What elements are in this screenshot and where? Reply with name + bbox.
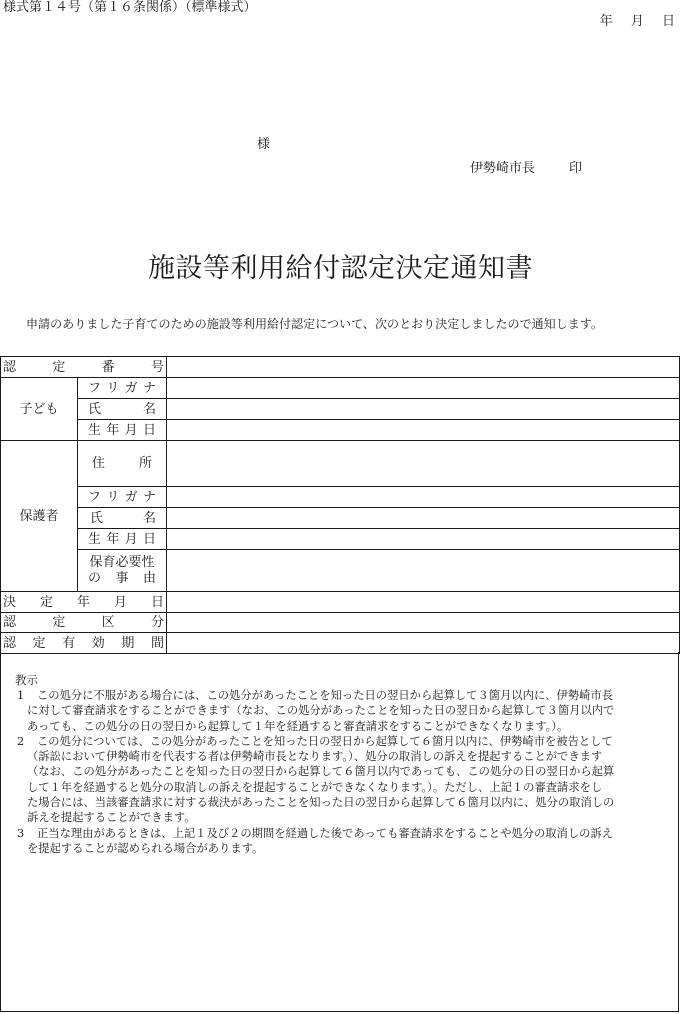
document-title: 施設等利用給付認定決定通知書	[0, 252, 681, 286]
label-char: フ	[88, 381, 101, 396]
label-char: 由	[143, 571, 156, 587]
label-char: 号	[151, 360, 164, 375]
notice-item-3: 3 正当な理由があるときは、上記１及び２の期間を経過した後であっても審査請求をす…	[17, 826, 667, 857]
label-char: 生	[88, 423, 101, 438]
addressee-suffix: 様	[257, 137, 270, 153]
date-line: 年 月 日	[586, 14, 675, 30]
label-char: 認	[3, 360, 16, 375]
label-char: 月	[114, 595, 127, 610]
label-char: 定	[33, 636, 46, 651]
label-char: 年	[106, 532, 119, 547]
row-certification-number: 認 定 番 号	[1, 357, 680, 378]
notice-line: に対して審査請求をすることができます（なお、この処分があったことを知った日の翌日…	[27, 703, 667, 718]
label-char: 定	[52, 360, 65, 375]
label-char: 定	[52, 615, 65, 630]
label-char: 生	[88, 532, 101, 547]
label-child-birthdate: 生 年 月 日	[78, 420, 167, 441]
label-char: 事	[115, 571, 128, 587]
row-guardian-furigana: フ リ ガ ナ	[1, 487, 680, 508]
row-certification-category: 認 定 区 分	[1, 613, 680, 633]
value-guardian-birthdate[interactable]	[167, 529, 680, 550]
label-char: 氏	[90, 511, 103, 526]
value-certification-validity[interactable]	[167, 633, 680, 654]
issuer-block: 伊勢崎市長印	[470, 161, 582, 177]
notice-line: あっても、この処分の日の翌日から起算して１年を経過すると審査請求をすることができ…	[27, 719, 667, 734]
row-child-name: 氏 名	[1, 399, 680, 420]
label-char: 番	[102, 360, 115, 375]
notice-line: た場合には、当該審査請求に対する裁決があったことを知った日の翌日から起算して６箇…	[27, 795, 667, 810]
label-char: リ	[106, 490, 119, 505]
notice-line: を提起することが認められる場合があります。	[27, 841, 667, 856]
group-child: 子ども	[1, 378, 78, 441]
label-line1: 保育必要性	[86, 555, 158, 571]
row-guardian-birthdate: 生 年 月 日	[1, 529, 680, 550]
value-decision-date[interactable]	[167, 592, 680, 613]
issuer-name: 伊勢崎市長	[470, 161, 535, 176]
label-char: 月	[125, 423, 138, 438]
label-char: リ	[106, 381, 119, 396]
notice-line: （訴訟において伊勢崎市を代表する者は伊勢崎市長となります。）、処分の取消しの訴え…	[27, 749, 667, 764]
label-char: 区	[102, 615, 115, 630]
value-child-name[interactable]	[167, 399, 680, 420]
label-char: 間	[151, 636, 164, 651]
label-char: 日	[143, 423, 156, 438]
notice-list: 1 この処分に不服がある場合には、この処分があったことを知った日の翌日から起算し…	[17, 688, 667, 856]
notice-title: 教示	[15, 673, 38, 688]
notice-line: して１年を経過すると処分の取消しの訴えを提起することができなくなります。）。ただ…	[27, 780, 667, 795]
notice-item-text: この処分に不服がある場合には、この処分があったことを知った日の翌日から起算して３…	[27, 688, 667, 734]
label-char: 名	[143, 402, 156, 417]
label-char: 月	[125, 532, 138, 547]
label-char: 住	[92, 456, 105, 471]
row-guardian-name: 氏 名	[1, 508, 680, 529]
notice-line: この処分については、この処分があったことを知った日の翌日から起算して６箇月以内に…	[27, 734, 667, 749]
notice-item-2: 2 この処分については、この処分があったことを知った日の翌日から起算して６箇月以…	[17, 734, 667, 826]
label-char: 認	[3, 615, 16, 630]
label-char: ナ	[143, 490, 156, 505]
value-child-furigana[interactable]	[167, 378, 680, 399]
label-char: フ	[88, 490, 101, 505]
label-childcare-reason: 保育必要性 の 事 由	[78, 550, 167, 592]
date-day-label: 日	[662, 14, 675, 30]
value-guardian-name[interactable]	[167, 508, 680, 529]
label-char: 効	[92, 636, 105, 651]
notice-line: この処分に不服がある場合には、この処分があったことを知った日の翌日から起算して３…	[27, 688, 667, 703]
row-guardian-childcare-reason: 保育必要性 の 事 由	[1, 550, 680, 592]
value-certification-number[interactable]	[167, 357, 680, 378]
label-char: 日	[151, 595, 164, 610]
label-char: ガ	[125, 490, 138, 505]
row-decision-date: 決 定 年 月 日	[1, 592, 680, 613]
seal-mark: 印	[569, 161, 582, 176]
value-childcare-reason[interactable]	[167, 550, 680, 592]
label-char: ガ	[125, 381, 138, 396]
label-guardian-furigana: フ リ ガ ナ	[78, 487, 167, 508]
date-year-label: 年	[600, 14, 613, 30]
value-child-birthdate[interactable]	[167, 420, 680, 441]
label-guardian-address: 住 所	[78, 441, 167, 487]
group-guardian: 保護者	[1, 441, 78, 592]
value-certification-category[interactable]	[167, 613, 680, 633]
label-char: 期	[121, 636, 134, 651]
label-char: 氏	[88, 402, 101, 417]
notice-item-1: 1 この処分に不服がある場合には、この処分があったことを知った日の翌日から起算し…	[17, 688, 667, 734]
notice-item-text: 正当な理由があるときは、上記１及び２の期間を経過した後であっても審査請求をするこ…	[27, 826, 667, 857]
appeal-notice-box: 教示 1 この処分に不服がある場合には、この処分があったことを知った日の翌日から…	[0, 652, 679, 1012]
label-char: 所	[139, 456, 152, 471]
label-certification-validity: 認 定 有 効 期 間	[1, 633, 167, 654]
label-char: ナ	[143, 381, 156, 396]
row-guardian-address: 保護者 住 所	[1, 441, 680, 487]
label-char: の	[88, 571, 101, 587]
label-char: 定	[40, 595, 53, 610]
form-number: 様式第１４号（第１６条関係）（標準様式）	[3, 0, 257, 16]
label-certification-number: 認 定 番 号	[1, 357, 167, 378]
notice-line: （なお、この処分があったことを知った日の翌日から起算して６箇月以内であっても、こ…	[27, 764, 667, 779]
label-certification-category: 認 定 区 分	[1, 613, 167, 633]
label-char: 日	[143, 532, 156, 547]
label-char: 年	[77, 595, 90, 610]
label-decision-date: 決 定 年 月 日	[1, 592, 167, 613]
intro-text: 申請のありました子育てのための施設等利用給付認定について、次のとおり決定しました…	[26, 316, 603, 332]
label-char: 名	[143, 511, 156, 526]
row-child-birthdate: 生 年 月 日	[1, 420, 680, 441]
value-guardian-address[interactable]	[167, 441, 680, 487]
row-certification-validity: 認 定 有 効 期 間	[1, 633, 680, 654]
label-guardian-birthdate: 生 年 月 日	[78, 529, 167, 550]
label-child-name: 氏 名	[78, 399, 167, 420]
label-child-furigana: フ リ ガ ナ	[78, 378, 167, 399]
label-guardian-name: 氏 名	[78, 508, 167, 529]
notice-line: 訴えを提起することができます。	[27, 810, 667, 825]
row-child-furigana: 子ども フ リ ガ ナ	[1, 378, 680, 399]
date-month-label: 月	[631, 14, 644, 30]
notice-line: 正当な理由があるときは、上記１及び２の期間を経過した後であっても審査請求をするこ…	[27, 826, 667, 841]
value-guardian-furigana[interactable]	[167, 487, 680, 508]
label-char: 決	[3, 595, 16, 610]
label-char: 認	[3, 636, 16, 651]
label-char: 有	[62, 636, 75, 651]
label-char: 分	[151, 615, 164, 630]
label-char: 年	[106, 423, 119, 438]
certification-table: 認 定 番 号 子ども フ リ ガ ナ	[0, 356, 680, 654]
notice-item-text: この処分については、この処分があったことを知った日の翌日から起算して６箇月以内に…	[27, 734, 667, 826]
